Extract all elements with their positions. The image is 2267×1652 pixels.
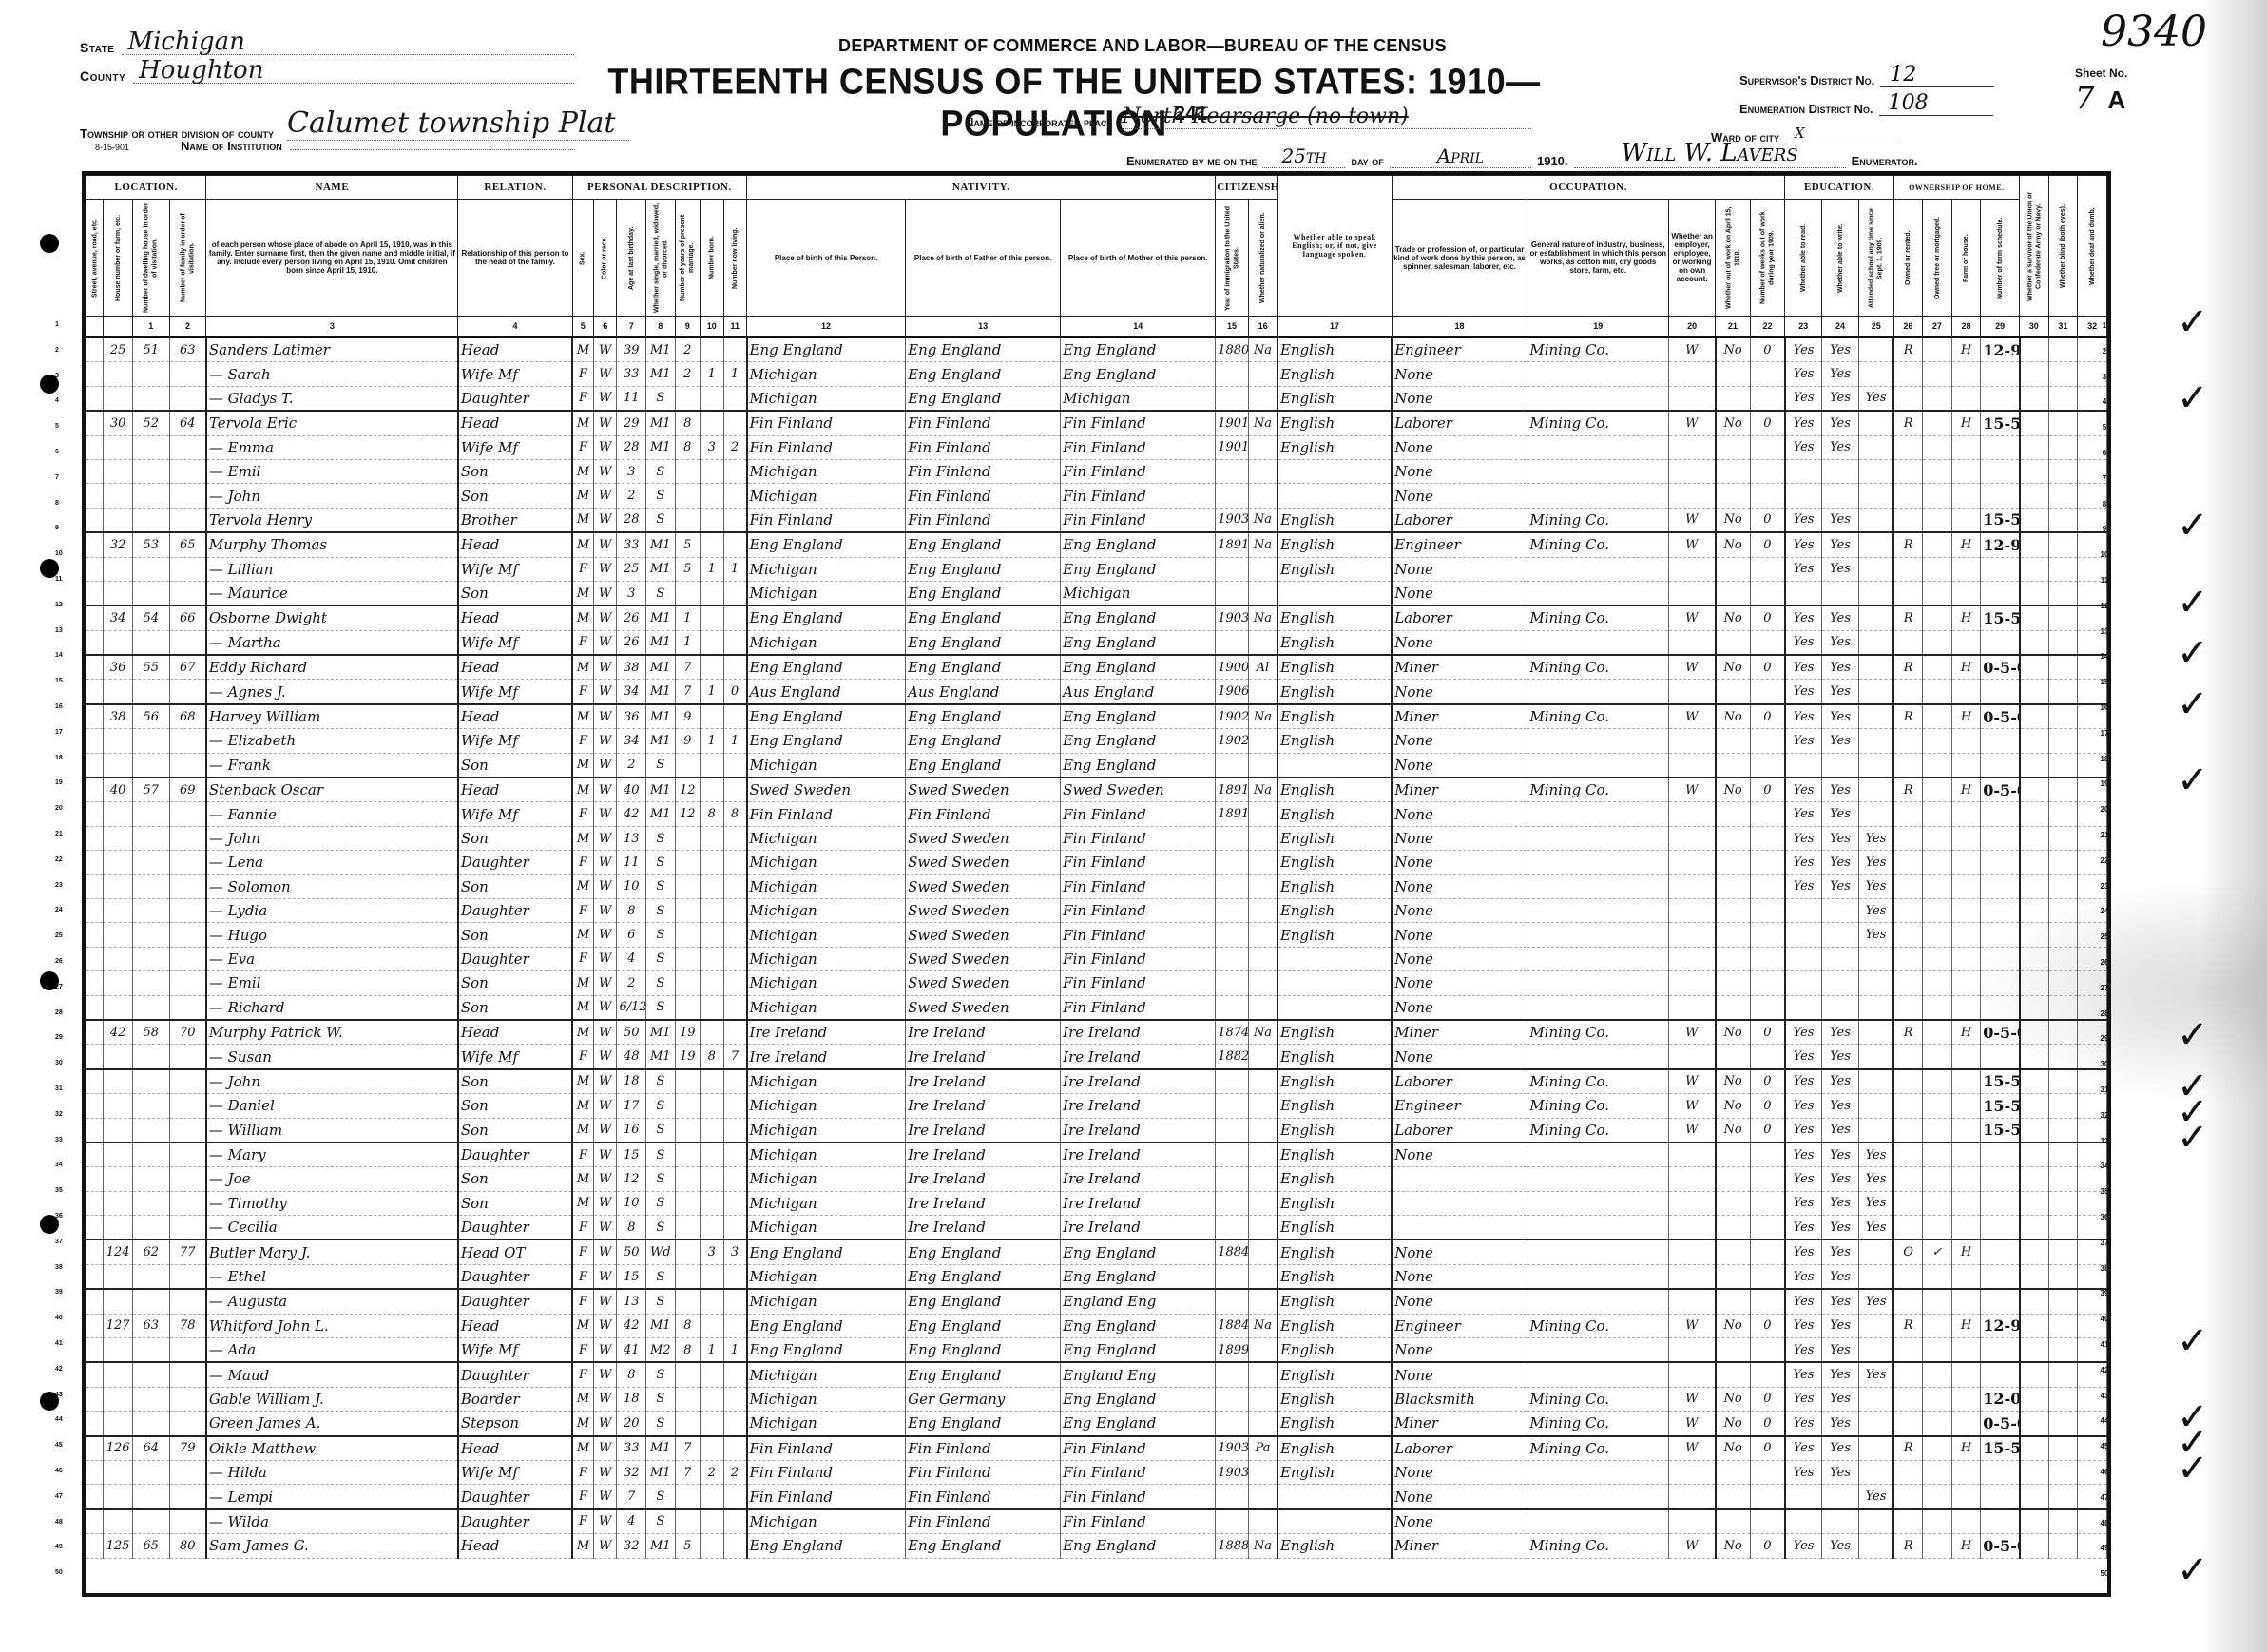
cell-trade: None bbox=[1392, 1143, 1527, 1167]
cell-dw: 124 bbox=[104, 1239, 133, 1264]
cell-free bbox=[1923, 655, 1952, 680]
cell-rd bbox=[1785, 1485, 1822, 1509]
cell-ind bbox=[1527, 874, 1669, 898]
cell-free bbox=[1923, 1509, 1952, 1534]
cell-vet bbox=[2020, 826, 2049, 850]
cell-liv bbox=[723, 1534, 747, 1558]
cell-name: Tervola Eric bbox=[206, 411, 458, 435]
cell-liv bbox=[723, 704, 747, 729]
cell-dw: 30 bbox=[104, 411, 133, 435]
cell-emp: W bbox=[1669, 1020, 1716, 1045]
cell-born bbox=[701, 898, 723, 922]
cell-vet bbox=[2020, 1094, 2049, 1118]
sheet-side: A bbox=[2107, 86, 2125, 114]
table-row: — FrankSonMW2SMichiganEng EnglandEng Eng… bbox=[86, 753, 2107, 778]
cell-rel: Boarder bbox=[458, 1387, 572, 1411]
cell-trade: Engineer bbox=[1392, 337, 1527, 362]
cell-col: W bbox=[593, 729, 616, 753]
column-number: 31 bbox=[2048, 317, 2078, 337]
cell-bp: Michigan bbox=[747, 1094, 906, 1118]
cell-vet bbox=[2020, 435, 2049, 459]
cell-mar: M1 bbox=[646, 532, 676, 557]
cell-fam bbox=[169, 947, 206, 970]
row-number: 35 bbox=[2098, 1187, 2111, 1196]
cell-vet bbox=[2020, 1338, 2049, 1363]
cell-wks bbox=[1750, 753, 1785, 778]
col-veteran: Whether a survivor of the Union or Confe… bbox=[2020, 176, 2049, 317]
cell-free bbox=[1923, 1338, 1952, 1363]
cell-name: Green James A. bbox=[206, 1412, 458, 1436]
cell-fh bbox=[1951, 1264, 1981, 1289]
cell-name: — Ada bbox=[206, 1338, 458, 1363]
cell-vet bbox=[2020, 484, 2049, 508]
cell-dw bbox=[104, 947, 133, 970]
cell-yrs: 2 bbox=[675, 337, 700, 362]
cell-dw bbox=[104, 971, 133, 995]
cell-mar: S bbox=[646, 971, 676, 995]
table-row: 255163Sanders LatimerHeadMW39M12Eng Engl… bbox=[86, 337, 2107, 362]
cell-vet bbox=[2020, 1436, 2049, 1461]
cell-imm bbox=[1216, 923, 1249, 947]
cell-wks: 0 bbox=[1750, 1094, 1785, 1118]
cell-ind: Mining Co. bbox=[1527, 1118, 1669, 1143]
cell-bp: Fin Finland bbox=[747, 508, 906, 532]
cell-born bbox=[701, 1167, 723, 1191]
col-age: Age at last birthday. bbox=[617, 200, 646, 317]
group-ownership: OWNERSHIP OF HOME. bbox=[1893, 176, 2019, 200]
col-employer: Whether an employer, employee, or workin… bbox=[1669, 200, 1716, 317]
cell-hs: 56 bbox=[132, 704, 169, 729]
cell-wks: 0 bbox=[1750, 337, 1785, 362]
cell-imm bbox=[1216, 484, 1249, 508]
cell-free bbox=[1923, 1191, 1952, 1215]
row-number: 44 bbox=[2098, 1416, 2111, 1425]
cell-imm bbox=[1216, 1094, 1249, 1118]
row-number: 23 bbox=[2098, 882, 2111, 891]
cell-emp: W bbox=[1669, 1094, 1716, 1118]
cell-yrs bbox=[675, 971, 700, 995]
cell-born: 3 bbox=[701, 435, 723, 459]
cell-wr bbox=[1822, 1509, 1859, 1534]
cell-code bbox=[1981, 557, 2020, 581]
cell-liv bbox=[723, 874, 747, 898]
cell-yrs: 5 bbox=[675, 1534, 700, 1558]
cell-sex: F bbox=[572, 1509, 593, 1534]
cell-col: W bbox=[593, 1534, 616, 1558]
cell-emp bbox=[1669, 995, 1716, 1020]
cell-vet bbox=[2020, 753, 2049, 778]
cell-free bbox=[1923, 411, 1952, 435]
cell-imm bbox=[1216, 1191, 1249, 1215]
cell-bf: Eng England bbox=[906, 1412, 1061, 1436]
cell-bl bbox=[2048, 1534, 2078, 1558]
cell-st bbox=[86, 1094, 104, 1118]
cell-vet bbox=[2020, 655, 2049, 680]
cell-dw: 25 bbox=[104, 337, 133, 362]
cell-yrs: 1 bbox=[675, 605, 700, 630]
cell-free bbox=[1923, 1167, 1952, 1191]
row-number-left: 2 bbox=[55, 347, 59, 354]
cell-st bbox=[86, 581, 104, 605]
cell-mar: M1 bbox=[646, 362, 676, 386]
group-occupation: OCCUPATION. bbox=[1392, 176, 1785, 200]
cell-wks: 0 bbox=[1750, 1534, 1785, 1558]
cell-imm bbox=[1216, 947, 1249, 970]
cell-emp: W bbox=[1669, 1118, 1716, 1143]
cell-bf: Eng England bbox=[906, 337, 1061, 362]
row-number-left: 44 bbox=[55, 1416, 63, 1423]
cell-sch: Yes bbox=[1858, 1362, 1893, 1387]
cell-bl bbox=[2048, 1338, 2078, 1363]
cell-mar: S bbox=[646, 826, 676, 850]
cell-vet bbox=[2020, 1509, 2049, 1534]
cell-bm: Fin Finland bbox=[1061, 1436, 1216, 1461]
cell-hs bbox=[132, 851, 169, 874]
cell-wr: Yes bbox=[1822, 826, 1859, 850]
cell-bp: Michigan bbox=[747, 1191, 906, 1215]
cell-age: 18 bbox=[617, 1387, 646, 1411]
cell-fam: 63 bbox=[169, 337, 206, 362]
cell-born bbox=[701, 337, 723, 362]
cell-born bbox=[701, 1509, 723, 1534]
cell-rd: Yes bbox=[1785, 1191, 1822, 1215]
cell-wr: Yes bbox=[1822, 1118, 1859, 1143]
enumerated-day: 25th bbox=[1262, 144, 1345, 168]
cell-vet bbox=[2020, 1143, 2049, 1167]
cell-wks bbox=[1750, 386, 1785, 411]
cell-ind: Mining Co. bbox=[1527, 337, 1669, 362]
cell-born bbox=[701, 923, 723, 947]
table-row: — ElizabethWife MfFW34M1911Eng EnglandEn… bbox=[86, 729, 2107, 753]
row-number-left: 42 bbox=[55, 1366, 63, 1373]
cell-name: Tervola Henry bbox=[206, 508, 458, 532]
cell-code bbox=[1981, 1167, 2020, 1191]
cell-mar: M1 bbox=[646, 1314, 676, 1337]
cell-sch bbox=[1858, 1412, 1893, 1436]
row-number-left: 9 bbox=[55, 525, 59, 531]
cell-bm: Aus England bbox=[1061, 680, 1216, 704]
cell-nat bbox=[1248, 1412, 1278, 1436]
cell-fam: 79 bbox=[169, 1436, 206, 1461]
cell-age: 8 bbox=[617, 1362, 646, 1387]
cell-bf: Swed Sweden bbox=[906, 874, 1061, 898]
cell-ind bbox=[1527, 753, 1669, 778]
cell-st bbox=[86, 826, 104, 850]
cell-mar: M1 bbox=[646, 680, 676, 704]
cell-trade: None bbox=[1392, 630, 1527, 655]
cell-fam bbox=[169, 362, 206, 386]
cell-bm: Michigan bbox=[1061, 581, 1216, 605]
cell-st bbox=[86, 1143, 104, 1167]
cell-mar: S bbox=[646, 1118, 676, 1143]
cell-wks: 0 bbox=[1750, 778, 1785, 802]
cell-code: 0-5-0-2 bbox=[1981, 778, 2020, 802]
row-number: 20 bbox=[2098, 805, 2111, 814]
cell-code: 0-5-0-2 bbox=[1981, 1412, 2020, 1436]
cell-own bbox=[1893, 484, 1923, 508]
cell-bp: Michigan bbox=[747, 1069, 906, 1094]
cell-lang: English bbox=[1278, 1094, 1392, 1118]
cell-fh bbox=[1951, 947, 1981, 970]
cell-ind bbox=[1527, 1289, 1669, 1314]
cell-born: 3 bbox=[701, 1239, 723, 1264]
cell-hs bbox=[132, 1167, 169, 1191]
cell-sch bbox=[1858, 995, 1893, 1020]
cell-imm: 1902 bbox=[1216, 729, 1249, 753]
cell-dw bbox=[104, 1412, 133, 1436]
state-value: Michigan bbox=[122, 29, 574, 55]
row-number: 49 bbox=[2098, 1544, 2111, 1552]
cell-age: 36 bbox=[617, 704, 646, 729]
cell-sex: M bbox=[572, 1314, 593, 1337]
cell-trade: Laborer bbox=[1392, 508, 1527, 532]
cell-oow bbox=[1716, 1045, 1751, 1069]
cell-yrs bbox=[675, 995, 700, 1020]
cell-oow bbox=[1716, 753, 1751, 778]
cell-dw bbox=[104, 1069, 133, 1094]
cell-yrs: 7 bbox=[675, 680, 700, 704]
cell-code bbox=[1981, 386, 2020, 411]
cell-ind: Mining Co. bbox=[1527, 1094, 1669, 1118]
cell-wks bbox=[1750, 851, 1785, 874]
cell-imm bbox=[1216, 1509, 1249, 1534]
cell-lang: English bbox=[1278, 898, 1392, 922]
cell-emp bbox=[1669, 1143, 1716, 1167]
cell-emp bbox=[1669, 1191, 1716, 1215]
cell-dw: 42 bbox=[104, 1020, 133, 1045]
cell-age: 13 bbox=[617, 826, 646, 850]
cell-born: 2 bbox=[701, 1460, 723, 1484]
cell-fam: 70 bbox=[169, 1020, 206, 1045]
cell-born bbox=[701, 411, 723, 435]
cell-yrs: 12 bbox=[675, 802, 700, 826]
cell-dw bbox=[104, 1118, 133, 1143]
cell-bm: Eng England bbox=[1061, 1412, 1216, 1436]
cell-trade: None bbox=[1392, 1460, 1527, 1484]
cell-oow bbox=[1716, 1191, 1751, 1215]
column-number: 28 bbox=[1951, 317, 1981, 337]
cell-vet bbox=[2020, 1191, 2049, 1215]
cell-free bbox=[1923, 1362, 1952, 1387]
row-number-left: 25 bbox=[55, 932, 63, 939]
cell-born bbox=[701, 1289, 723, 1314]
cell-bl bbox=[2048, 1412, 2078, 1436]
cell-fam bbox=[169, 826, 206, 850]
cell-imm: 1902 bbox=[1216, 704, 1249, 729]
cell-free bbox=[1923, 484, 1952, 508]
cell-ind: Mining Co. bbox=[1527, 1436, 1669, 1461]
cell-liv: 1 bbox=[723, 1338, 747, 1363]
cell-name: Gable William J. bbox=[206, 1387, 458, 1411]
cell-col: W bbox=[593, 386, 616, 411]
cell-wr bbox=[1822, 898, 1859, 922]
cell-rel: Son bbox=[458, 923, 572, 947]
cell-col: W bbox=[593, 995, 616, 1020]
cell-sch bbox=[1858, 411, 1893, 435]
cell-ind bbox=[1527, 995, 1669, 1020]
cell-trade: None bbox=[1392, 729, 1527, 753]
cell-imm: 1882 bbox=[1216, 1045, 1249, 1069]
table-row: — DanielSonMW17SMichiganIre IrelandIre I… bbox=[86, 1094, 2107, 1118]
cell-bm: Eng England bbox=[1061, 1534, 1216, 1558]
cell-emp bbox=[1669, 947, 1716, 970]
cell-emp: W bbox=[1669, 1314, 1716, 1337]
cell-rd bbox=[1785, 484, 1822, 508]
cell-wks: 0 bbox=[1750, 1436, 1785, 1461]
cell-hs bbox=[132, 1118, 169, 1143]
cell-bf: Fin Finland bbox=[906, 1485, 1061, 1509]
cell-emp: W bbox=[1669, 337, 1716, 362]
cell-own bbox=[1893, 362, 1923, 386]
cell-yrs bbox=[675, 826, 700, 850]
cell-born bbox=[701, 508, 723, 532]
cell-liv: 8 bbox=[723, 802, 747, 826]
cell-emp: W bbox=[1669, 778, 1716, 802]
cell-rd: Yes bbox=[1785, 874, 1822, 898]
cell-name: Oikle Matthew bbox=[206, 1436, 458, 1461]
cell-sex: F bbox=[572, 1264, 593, 1289]
cell-fh bbox=[1951, 1509, 1981, 1534]
cell-bp: Fin Finland bbox=[747, 1460, 906, 1484]
cell-rd: Yes bbox=[1785, 1436, 1822, 1461]
cell-ind: Mining Co. bbox=[1527, 778, 1669, 802]
cell-sex: M bbox=[572, 484, 593, 508]
cell-wr bbox=[1822, 923, 1859, 947]
cell-sex: F bbox=[572, 802, 593, 826]
cell-sex: F bbox=[572, 947, 593, 970]
cell-own bbox=[1893, 680, 1923, 704]
cell-nat bbox=[1248, 557, 1278, 581]
cell-sch bbox=[1858, 435, 1893, 459]
cell-wks bbox=[1750, 1338, 1785, 1363]
cell-imm bbox=[1216, 1216, 1249, 1240]
cell-sch: Yes bbox=[1858, 1485, 1893, 1509]
enumeration-label: Enumeration District No. bbox=[1739, 102, 1873, 116]
cell-lang: English bbox=[1278, 557, 1392, 581]
cell-yrs bbox=[675, 1118, 700, 1143]
cell-hs bbox=[132, 1412, 169, 1436]
cell-bp: Eng England bbox=[747, 655, 906, 680]
cell-imm bbox=[1216, 557, 1249, 581]
cell-code bbox=[1981, 1485, 2020, 1509]
cell-free bbox=[1923, 386, 1952, 411]
cell-nat bbox=[1248, 1045, 1278, 1069]
cell-bf: Fin Finland bbox=[906, 802, 1061, 826]
cell-fam bbox=[169, 1362, 206, 1387]
cell-age: 7 bbox=[617, 1485, 646, 1509]
census-rows: 255163Sanders LatimerHeadMW39M12Eng Engl… bbox=[86, 337, 2107, 1559]
cell-liv: 2 bbox=[723, 1460, 747, 1484]
cell-name: — Lena bbox=[206, 851, 458, 874]
cell-nat bbox=[1248, 362, 1278, 386]
cell-yrs: 7 bbox=[675, 655, 700, 680]
cell-fh bbox=[1951, 1094, 1981, 1118]
cell-trade bbox=[1392, 1167, 1527, 1191]
cell-mar: S bbox=[646, 386, 676, 411]
cell-col: W bbox=[593, 1412, 616, 1436]
table-row: — SusanWife MfFW48M11987Ire IrelandIre I… bbox=[86, 1045, 2107, 1069]
cell-nat bbox=[1248, 630, 1278, 655]
cell-oow: No bbox=[1716, 411, 1751, 435]
cell-bm: Ire Ireland bbox=[1061, 1020, 1216, 1045]
col-farm-schedule: Number of farm schedule. bbox=[1981, 200, 2020, 317]
cell-sex: F bbox=[572, 1045, 593, 1069]
cell-rel: Son bbox=[458, 1069, 572, 1094]
cell-name: — Wilda bbox=[206, 1509, 458, 1534]
cell-dw bbox=[104, 1216, 133, 1240]
cell-bp: Michigan bbox=[747, 1167, 906, 1191]
cell-st bbox=[86, 605, 104, 630]
group-citizenship: CITIZENSHIP. bbox=[1216, 176, 1278, 200]
cell-liv bbox=[723, 995, 747, 1020]
cell-own bbox=[1893, 435, 1923, 459]
cell-rd: Yes bbox=[1785, 704, 1822, 729]
cell-fam bbox=[169, 1143, 206, 1167]
cell-imm: 1891 bbox=[1216, 802, 1249, 826]
cell-own bbox=[1893, 1412, 1923, 1436]
cell-own: R bbox=[1893, 704, 1923, 729]
cell-rd: Yes bbox=[1785, 1094, 1822, 1118]
cell-wks bbox=[1750, 971, 1785, 995]
col-naturalized: Whether naturalized or alien. bbox=[1248, 200, 1278, 317]
cell-mar: M1 bbox=[646, 1045, 676, 1069]
cell-liv bbox=[723, 923, 747, 947]
cell-age: 40 bbox=[617, 778, 646, 802]
cell-nat bbox=[1248, 1264, 1278, 1289]
cell-rd: Yes bbox=[1785, 1338, 1822, 1363]
col-sex: Sex. bbox=[572, 200, 593, 317]
cell-sex: F bbox=[572, 680, 593, 704]
cell-fh: H bbox=[1951, 655, 1981, 680]
cell-age: 8 bbox=[617, 898, 646, 922]
cell-bl bbox=[2048, 386, 2078, 411]
cell-sch bbox=[1858, 459, 1893, 483]
cell-fam: 78 bbox=[169, 1314, 206, 1337]
cell-col: W bbox=[593, 459, 616, 483]
row-number: 41 bbox=[2098, 1340, 2111, 1349]
cell-bm: Eng England bbox=[1061, 729, 1216, 753]
column-number: 7 bbox=[617, 317, 646, 337]
row-number: 17 bbox=[2098, 729, 2111, 738]
cell-rd: Yes bbox=[1785, 1362, 1822, 1387]
cell-rel: Daughter bbox=[458, 1143, 572, 1167]
row-number-left: 1 bbox=[55, 321, 59, 328]
cell-hs bbox=[132, 753, 169, 778]
cell-lang: English bbox=[1278, 605, 1392, 630]
sheet-label: Sheet No. bbox=[2075, 67, 2127, 80]
cell-hs bbox=[132, 1460, 169, 1484]
cell-sex: M bbox=[572, 1436, 593, 1461]
cell-wks bbox=[1750, 1216, 1785, 1240]
cell-mar: S bbox=[646, 1216, 676, 1240]
cell-nat bbox=[1248, 729, 1278, 753]
cell-bp: Fin Finland bbox=[747, 1436, 906, 1461]
cell-sex: M bbox=[572, 605, 593, 630]
cell-born bbox=[701, 655, 723, 680]
cell-liv bbox=[723, 581, 747, 605]
cell-wks: 0 bbox=[1750, 1020, 1785, 1045]
cell-fam bbox=[169, 484, 206, 508]
cell-oow bbox=[1716, 1143, 1751, 1167]
cell-yrs: 7 bbox=[675, 1436, 700, 1461]
cell-emp bbox=[1669, 362, 1716, 386]
cell-bp: Fin Finland bbox=[747, 802, 906, 826]
cell-bm: Fin Finland bbox=[1061, 411, 1216, 435]
cell-bf: Eng England bbox=[906, 1314, 1061, 1337]
cell-born bbox=[701, 1216, 723, 1240]
cell-bp: Michigan bbox=[747, 898, 906, 922]
cell-fam bbox=[169, 1485, 206, 1509]
